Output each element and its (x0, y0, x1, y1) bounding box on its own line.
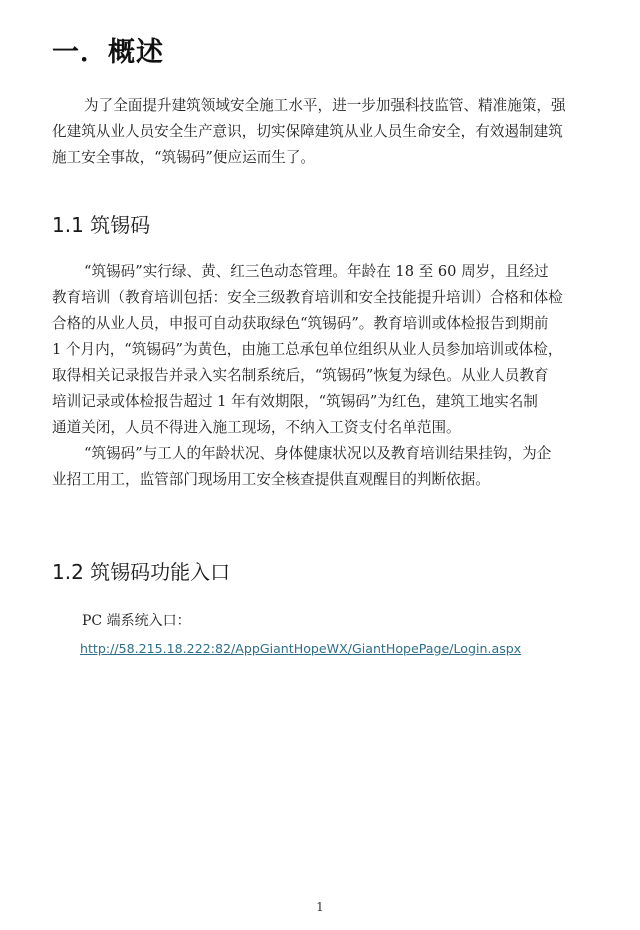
intro-line-1: 为了全面提升建筑领域安全施工水平，进一步加强科技监管、精准施策，强 (52, 93, 592, 119)
para2-line-1: “筑锡码”与工人的年龄状况、身体健康状况以及教育培训结果挂钩，为企 (52, 441, 592, 467)
heading-section-1-1: 1.1 筑锡码 (52, 209, 150, 238)
heading-section-1-2: 1.2 筑锡码功能入口 (52, 556, 230, 585)
section-1-1-paragraph-2: “筑锡码”与工人的年龄状况、身体健康状况以及教育培训结果挂钩，为企 业招工用工，… (52, 441, 592, 493)
intro-line-3: 施工安全事故，“筑锡码”便应运而生了。 (52, 145, 592, 171)
page-number: 1 (0, 900, 640, 914)
para2-line-2: 业招工用工，监管部门现场用工安全核查提供直观醒目的判断依据。 (52, 467, 592, 493)
pc-login-link[interactable]: http://58.215.18.222:82/AppGiantHopeWX/G… (80, 641, 521, 656)
para1-line-7: 通道关闭，人员不得进入施工现场，不纳入工资支付名单范围。 (52, 415, 592, 441)
pc-entry-label: PC 端系统入口： (82, 610, 191, 630)
heading-overview: 一．概述 (52, 30, 164, 69)
para1-line-1: “筑锡码”实行绿、黄、红三色动态管理。年龄在 18 至 60 周岁，且经过 (52, 259, 592, 285)
intro-line-2: 化建筑从业人员安全生产意识，切实保障建筑从业人员生命安全，有效遏制建筑 (52, 119, 592, 145)
document-page: 一．概述 为了全面提升建筑领域安全施工水平，进一步加强科技监管、精准施策，强 化… (0, 0, 640, 930)
para1-line-4: 1 个月内，“筑锡码”为黄色，由施工总承包单位组织从业人员参加培训或体检， (52, 337, 592, 363)
section-1-1-paragraph-1: “筑锡码”实行绿、黄、红三色动态管理。年龄在 18 至 60 周岁，且经过 教育… (52, 259, 592, 441)
para1-line-6: 培训记录或体检报告超过 1 年有效期限，“筑锡码”为红色，建筑工地实名制 (52, 389, 592, 415)
para1-line-5: 取得相关记录报告并录入实名制系统后，“筑锡码”恢复为绿色。从业人员教育 (52, 363, 592, 389)
para1-line-2: 教育培训（教育培训包括：安全三级教育培训和安全技能提升培训）合格和体检 (52, 285, 592, 311)
para1-line-3: 合格的从业人员，申报可自动获取绿色“筑锡码”。教育培训或体检报告到期前 (52, 311, 592, 337)
intro-paragraph: 为了全面提升建筑领域安全施工水平，进一步加强科技监管、精准施策，强 化建筑从业人… (52, 93, 592, 171)
